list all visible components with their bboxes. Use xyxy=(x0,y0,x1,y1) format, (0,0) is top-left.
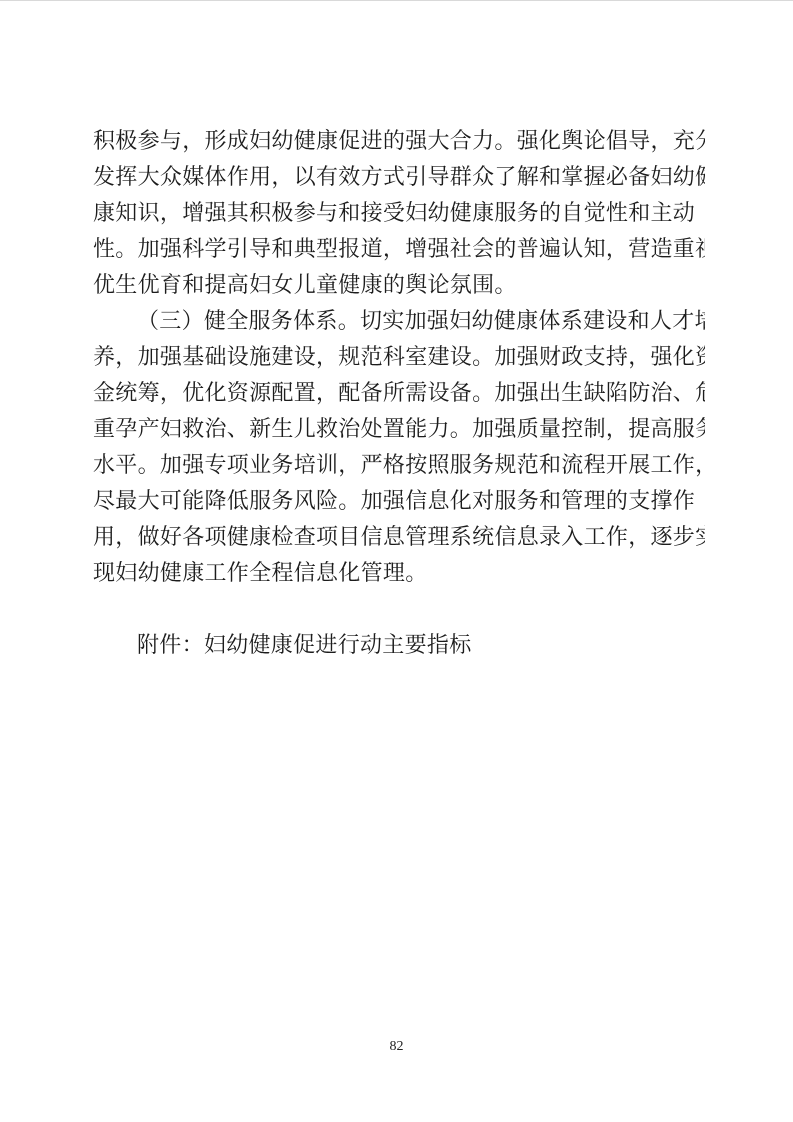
document-page: 积极参与，形成妇幼健康促进的强大合力。强化舆论倡导，充分 发挥大众媒体作用，以有… xyxy=(0,0,793,1122)
paragraph-section3: （三）健全服务体系。切实加强妇幼健康体系建设和人才培 养，加强基础设施建设，规范… xyxy=(93,303,705,591)
paragraph-continuation: 积极参与，形成妇幼健康促进的强大合力。强化舆论倡导，充分 发挥大众媒体作用，以有… xyxy=(93,123,705,303)
paragraph-line: 发挥大众媒体作用，以有效方式引导群众了解和掌握必备妇幼健 xyxy=(93,159,705,195)
paragraph-line: 康知识，增强其积极参与和接受妇幼健康服务的自觉性和主动 xyxy=(93,195,705,231)
paragraph-line: 重孕产妇救治、新生儿救治处置能力。加强质量控制，提高服务 xyxy=(93,411,705,447)
page-number: 82 xyxy=(0,1037,793,1057)
document-body: 积极参与，形成妇幼健康促进的强大合力。强化舆论倡导，充分 发挥大众媒体作用，以有… xyxy=(93,123,705,663)
paragraph-line: 养，加强基础设施建设，规范科室建设。加强财政支持，强化资 xyxy=(93,339,705,375)
paragraph-line: 用，做好各项健康检查项目信息管理系统信息录入工作，逐步实 xyxy=(93,519,705,555)
paragraph-line: 金统筹，优化资源配置，配备所需设备。加强出生缺陷防治、危 xyxy=(93,375,705,411)
paragraph-line: 水平。加强专项业务培训，严格按照服务规范和流程开展工作， xyxy=(93,447,705,483)
paragraph-line: 性。加强科学引导和典型报道，增强社会的普遍认知，营造重视 xyxy=(93,231,705,267)
paragraph-line: 优生优育和提高妇女儿童健康的舆论氛围。 xyxy=(93,267,705,303)
paragraph-line: 现妇幼健康工作全程信息化管理。 xyxy=(93,555,705,591)
paragraph-line: 尽最大可能降低服务风险。加强信息化对服务和管理的支撑作 xyxy=(93,483,705,519)
attachment-reference: 附件：妇幼健康促进行动主要指标 xyxy=(93,627,705,663)
paragraph-line: （三）健全服务体系。切实加强妇幼健康体系建设和人才培 xyxy=(93,303,705,339)
paragraph-line: 积极参与，形成妇幼健康促进的强大合力。强化舆论倡导，充分 xyxy=(93,123,705,159)
